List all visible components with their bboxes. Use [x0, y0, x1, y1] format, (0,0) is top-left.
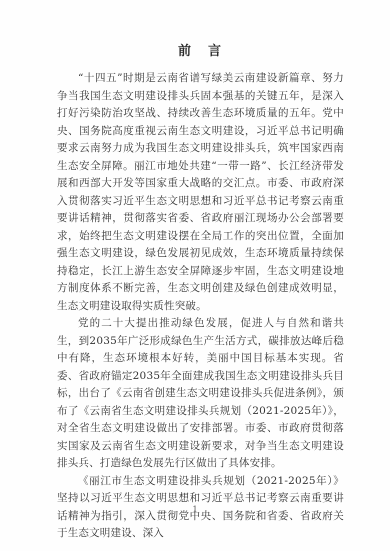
paragraph: 党的二十大提出推动绿色发展，促进人与自然和谐共生，到2035年广泛形成绿色生产生…: [57, 315, 344, 473]
document-content: 前 言 “十四五”时期是云南省谱写绿美云南建设新篇章、努力争当我国生态文明建设排…: [57, 44, 344, 543]
page-title: 前 言: [57, 44, 344, 60]
page-number: 1: [0, 505, 390, 515]
paragraph: “十四五”时期是云南省谱写绿美云南建设新篇章、努力争当我国生态文明建设排头兵固本…: [57, 70, 344, 315]
document-page: 前 言 “十四五”时期是云南省谱写绿美云南建设新篇章、努力争当我国生态文明建设排…: [0, 0, 390, 551]
